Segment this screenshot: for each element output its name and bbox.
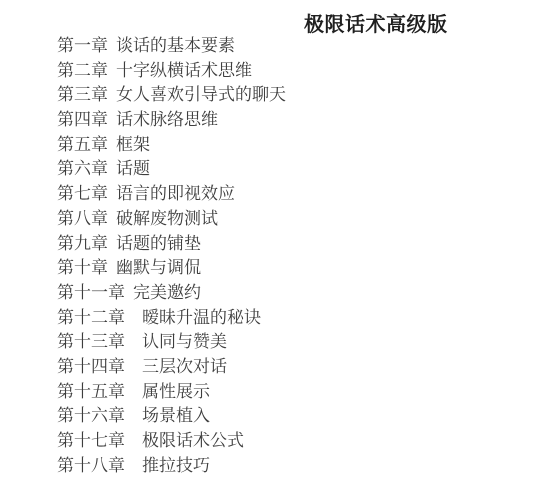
chapter-number: 第二章 (57, 59, 108, 84)
toc-item: 第九章话题的铺垫 (57, 232, 286, 257)
chapter-number: 第十七章 (57, 429, 125, 454)
chapter-title: 场景植入 (142, 404, 210, 429)
chapter-title: 十字纵横话术思维 (116, 59, 252, 84)
chapter-number: 第一章 (57, 34, 108, 59)
toc-item: 第三章女人喜欢引导式的聊天 (57, 83, 286, 108)
toc-item: 第十一章完美邀约 (57, 281, 286, 306)
toc-item: 第六章话题 (57, 157, 286, 182)
chapter-number: 第十八章 (57, 454, 125, 479)
chapter-number: 第七章 (57, 182, 108, 207)
chapter-number: 第十四章 (57, 355, 125, 380)
chapter-title: 话术脉络思维 (116, 108, 218, 133)
chapter-number: 第十一章 (57, 281, 125, 306)
document-title: 极限话术高级版 (304, 8, 448, 37)
toc-item: 第十五章属性展示 (57, 380, 286, 405)
chapter-title: 极限话术公式 (142, 429, 244, 454)
document-page: 极限话术高级版 第一章谈话的基本要素第二章十字纵横话术思维第三章女人喜欢引导式的… (0, 0, 550, 490)
toc-item: 第七章语言的即视效应 (57, 182, 286, 207)
chapter-title: 语言的即视效应 (116, 182, 235, 207)
chapter-title: 框架 (116, 133, 150, 158)
chapter-title: 认同与赞美 (142, 330, 227, 355)
chapter-number: 第十六章 (57, 404, 125, 429)
toc-item: 第十六章场景植入 (57, 404, 286, 429)
toc-item: 第一章谈话的基本要素 (57, 34, 286, 59)
chapter-title: 暧昧升温的秘诀 (142, 306, 261, 331)
toc-item: 第十四章三层次对话 (57, 355, 286, 380)
toc-item: 第二章十字纵横话术思维 (57, 59, 286, 84)
chapter-number: 第十章 (57, 256, 108, 281)
toc-item: 第八章破解废物测试 (57, 207, 286, 232)
chapter-number: 第五章 (57, 133, 108, 158)
table-of-contents: 第一章谈话的基本要素第二章十字纵横话术思维第三章女人喜欢引导式的聊天第四章话术脉… (57, 34, 286, 478)
chapter-number: 第九章 (57, 232, 108, 257)
toc-item: 第十八章推拉技巧 (57, 454, 286, 479)
chapter-title: 谈话的基本要素 (116, 34, 235, 59)
chapter-number: 第三章 (57, 83, 108, 108)
toc-item: 第十二章暧昧升温的秘诀 (57, 306, 286, 331)
chapter-title: 三层次对话 (142, 355, 227, 380)
chapter-title: 幽默与调侃 (116, 256, 201, 281)
chapter-number: 第六章 (57, 157, 108, 182)
toc-item: 第四章话术脉络思维 (57, 108, 286, 133)
chapter-title: 话题的铺垫 (116, 232, 201, 257)
toc-item: 第十三章认同与赞美 (57, 330, 286, 355)
chapter-number: 第十五章 (57, 380, 125, 405)
chapter-number: 第四章 (57, 108, 108, 133)
chapter-title: 属性展示 (142, 380, 210, 405)
chapter-title: 话题 (116, 157, 150, 182)
chapter-number: 第十三章 (57, 330, 125, 355)
chapter-title: 完美邀约 (133, 281, 201, 306)
chapter-title: 女人喜欢引导式的聊天 (116, 83, 286, 108)
chapter-title: 破解废物测试 (116, 207, 218, 232)
chapter-number: 第十二章 (57, 306, 125, 331)
chapter-number: 第八章 (57, 207, 108, 232)
chapter-title: 推拉技巧 (142, 454, 210, 479)
toc-item: 第五章框架 (57, 133, 286, 158)
toc-item: 第十章幽默与调侃 (57, 256, 286, 281)
toc-item: 第十七章极限话术公式 (57, 429, 286, 454)
